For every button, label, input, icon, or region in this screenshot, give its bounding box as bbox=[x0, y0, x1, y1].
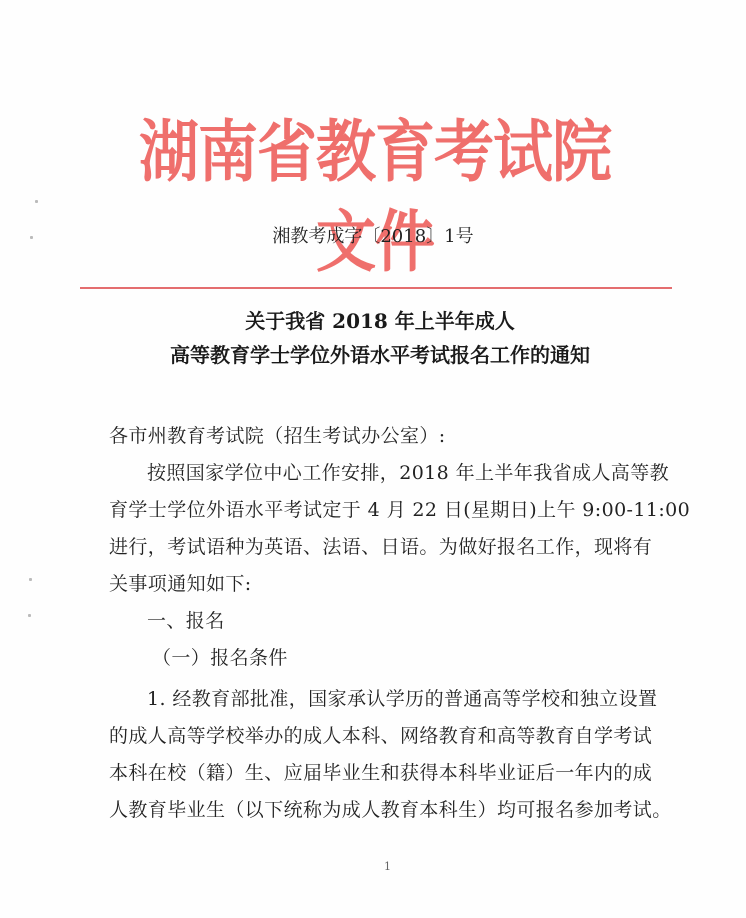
scan-artifact bbox=[29, 578, 32, 581]
paragraph-1-line-2: 育学士学位外语水平考试定于 4 月 22 日(星期日)上午 9:00-11:00 bbox=[109, 496, 645, 524]
subsection-1-heading: （一）报名条件 bbox=[152, 644, 288, 672]
scan-artifact bbox=[30, 236, 33, 239]
scan-artifact bbox=[28, 614, 31, 617]
page-number: 1 bbox=[384, 860, 391, 873]
paragraph-1-line-1: 按照国家学位中心工作安排，2018 年上半年我省成人高等教 bbox=[109, 459, 645, 487]
item-1-line-4: 人教育毕业生（以下统称为成人教育本科生）均可报名参加考试。 bbox=[109, 796, 645, 824]
item-1-line-1: 1. 经教育部批准，国家承认学历的普通高等学校和独立设置 bbox=[109, 685, 645, 713]
scan-artifact bbox=[35, 200, 38, 203]
notice-title-line-1: 关于我省 2018 年上半年成人 bbox=[0, 307, 746, 335]
item-1-line-2: 的成人高等学校举办的成人本科、网络教育和高等教育自学考试 bbox=[109, 722, 645, 750]
notice-title-line-2: 高等教育学士学位外语水平考试报名工作的通知 bbox=[0, 341, 746, 369]
paragraph-1-line-3: 进行，考试语种为英语、法语、日语。为做好报名工作，现将有 bbox=[109, 533, 645, 561]
item-1-line-3: 本科在校（籍）生、应届毕业生和获得本科毕业证后一年内的成 bbox=[109, 759, 645, 787]
document-number: 湘教考成字〔2018〕1号 bbox=[0, 224, 746, 250]
document-page: 湖南省教育考试院文件 湘教考成字〔2018〕1号 关于我省 2018 年上半年成… bbox=[0, 0, 746, 918]
salutation: 各市州教育考试院（招生考试办公室）: bbox=[109, 422, 446, 450]
agency-header-title: 湖南省教育考试院文件 bbox=[110, 108, 640, 287]
red-divider-line bbox=[80, 287, 672, 289]
section-1-heading: 一、报名 bbox=[147, 607, 225, 635]
paragraph-1-line-4: 关事项通知如下: bbox=[109, 570, 252, 598]
